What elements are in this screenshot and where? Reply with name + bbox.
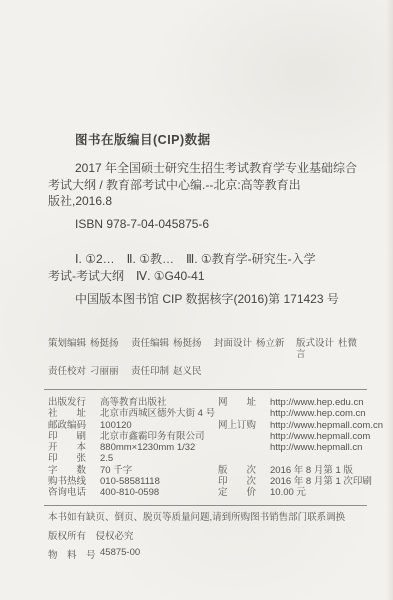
shop-url: http://www.hepmall.com (270, 431, 370, 442)
postal-code: 100120 (100, 420, 218, 431)
credit-label: 责任校对 (48, 366, 86, 377)
colophon-label (218, 453, 270, 464)
isbn-line: ISBN 978-7-04-045875-6 (75, 216, 359, 233)
colophon-row: 邮政编码100120 网上订购http://www.hepmall.com.cn (48, 420, 359, 431)
colophon-label: 邮政编码 (48, 420, 100, 431)
colophon-label: 购书热线 (48, 476, 100, 487)
colophon-label: 定 价 (218, 487, 270, 498)
copyright-notice: 版权所有 侵权必究 (48, 528, 359, 542)
cip-title-line: 版社,2016.8 (48, 193, 359, 210)
credit-name: 刁丽丽 (90, 366, 119, 377)
credit-print-supervisor: 责任印制赵义民 (131, 366, 214, 377)
classification-line: 考试-考试大纲 Ⅳ. ①G40-41 (48, 268, 359, 285)
credit-label: 责任编辑 (131, 338, 169, 349)
shop-url: http://www.hepmall.com.cn (270, 420, 383, 431)
colophon-label (218, 408, 270, 419)
cip-title-line: 2017 年全国硕士研究生招生考试教育学专业基础综合 (75, 160, 359, 177)
format: 880mm×1230mm 1/32 (100, 442, 218, 453)
material-number-label: 物 料 号 (48, 547, 100, 561)
empty-cell (270, 453, 359, 464)
colophon-label: 出版发行 (48, 397, 100, 408)
website-url: http://www.hep.edu.cn (270, 397, 363, 408)
credit-label: 责任印制 (131, 366, 169, 377)
credits-section: 策划编辑杨挺扬 责任编辑杨挺扬 封面设计杨立新 版式设计杜微言 责任校对刁丽丽 … (48, 338, 359, 377)
colophon-label: 咨询电话 (48, 487, 100, 498)
cip-classification: Ⅰ. ①2… Ⅱ. ①教… Ⅲ. ①教育学-研究生-入学 考试-考试大纲 Ⅳ. … (48, 251, 359, 284)
colophon-label: 印 张 (48, 453, 100, 464)
colophon-row: 社 址北京市西城区德外大街 4 号 http://www.hep.com.cn (48, 408, 359, 419)
credit-planning-editor: 策划编辑杨挺扬 (48, 338, 131, 360)
material-number-row: 物 料 号 45875-00 (48, 547, 359, 561)
colophon-label: 社 址 (48, 408, 100, 419)
colophon-row: 开 本880mm×1230mm 1/32 http://www.hepmall.… (48, 442, 359, 453)
order-hotline: 010-58581118 (100, 476, 218, 487)
cip-section: 图书在版编目(CIP)数据 2017 年全国硕士研究生招生考试教育学专业基础综合… (48, 130, 359, 307)
credit-name: 杨挺扬 (173, 338, 202, 349)
credit-proofreader: 责任校对刁丽丽 (48, 366, 131, 377)
cip-title-line: 考试大纲 / 教育部考试中心编.--北京:高等教育出 (48, 177, 359, 194)
quality-notice: 本书如有缺页、倒页、脱页等质量问题,请到所购图书销售部门联系调换 (48, 512, 359, 524)
colophon-label: 版 次 (218, 465, 270, 476)
cip-header: 图书在版编目(CIP)数据 (75, 130, 359, 148)
colophon-row: 出版发行高等教育出版社 网 址http://www.hep.edu.cn (48, 397, 359, 408)
credit-name: 杨立新 (256, 338, 285, 349)
sheets: 2.5 (100, 453, 218, 464)
colophon-label (218, 442, 270, 453)
divider-bottom (44, 505, 367, 506)
website-url: http://www.hep.com.cn (270, 408, 366, 419)
colophon-label: 字 数 (48, 465, 100, 476)
credit-layout-design: 版式设计杜微言 (296, 338, 359, 360)
colophon-label: 网 址 (218, 397, 270, 408)
colophon-label: 开 本 (48, 442, 100, 453)
colophon-row: 咨询电话400-810-0598 定 价10.00 元 (48, 487, 359, 498)
classification-line: Ⅰ. ①2… Ⅱ. ①教… Ⅲ. ①教育学-研究生-入学 (75, 251, 359, 268)
credit-responsible-editor: 责任编辑杨挺扬 (131, 338, 214, 360)
publisher: 高等教育出版社 (100, 397, 218, 408)
colophon-row: 字 数70 千字 版 次2016 年 8 月第 1 版 (48, 465, 359, 476)
word-count: 70 千字 (100, 465, 218, 476)
inquiry-phone: 400-810-0598 (100, 487, 218, 498)
colophon-row: 印 刷北京市鑫霸印务有限公司 http://www.hepmall.com (48, 431, 359, 442)
colophon-row: 购书热线010-58581118 印 次2016 年 8 月第 1 次印刷 (48, 476, 359, 487)
credit-label: 版式设计 (296, 338, 334, 349)
divider-top (44, 389, 367, 390)
edition: 2016 年 8 月第 1 版 (270, 465, 359, 476)
printer: 北京市鑫霸印务有限公司 (100, 431, 218, 442)
colophon-label (218, 431, 270, 442)
colophon-table: 出版发行高等教育出版社 网 址http://www.hep.edu.cn 社 址… (48, 397, 359, 499)
colophon-label: 印 次 (218, 476, 270, 487)
cip-record-number: 中国版本图书馆 CIP 数据核字(2016)第 171423 号 (75, 291, 359, 307)
credit-label: 策划编辑 (48, 338, 86, 349)
credit-name: 赵义民 (173, 366, 202, 377)
printing: 2016 年 8 月第 1 次印刷 (270, 476, 372, 487)
colophon-label: 印 刷 (48, 431, 100, 442)
page-content: 图书在版编目(CIP)数据 2017 年全国硕士研究生招生考试教育学专业基础综合… (48, 130, 359, 561)
credit-label: 封面设计 (214, 338, 252, 349)
price: 10.00 元 (270, 487, 359, 498)
material-number-value: 45875-00 (100, 547, 140, 561)
footer-section: 本书如有缺页、倒页、脱页等质量问题,请到所购图书销售部门联系调换 版权所有 侵权… (48, 512, 359, 561)
credit-name: 杨挺扬 (90, 338, 119, 349)
shop-url: http://www.hepmall.cn (270, 442, 362, 453)
colophon-row: 印 张2.5 (48, 453, 359, 464)
credit-cover-design: 封面设计杨立新 (214, 338, 296, 360)
colophon-label: 网上订购 (218, 420, 270, 431)
publisher-address: 北京市西城区德外大街 4 号 (100, 408, 218, 419)
book-copyright-page: 图书在版编目(CIP)数据 2017 年全国硕士研究生招生考试教育学专业基础综合… (0, 0, 393, 600)
